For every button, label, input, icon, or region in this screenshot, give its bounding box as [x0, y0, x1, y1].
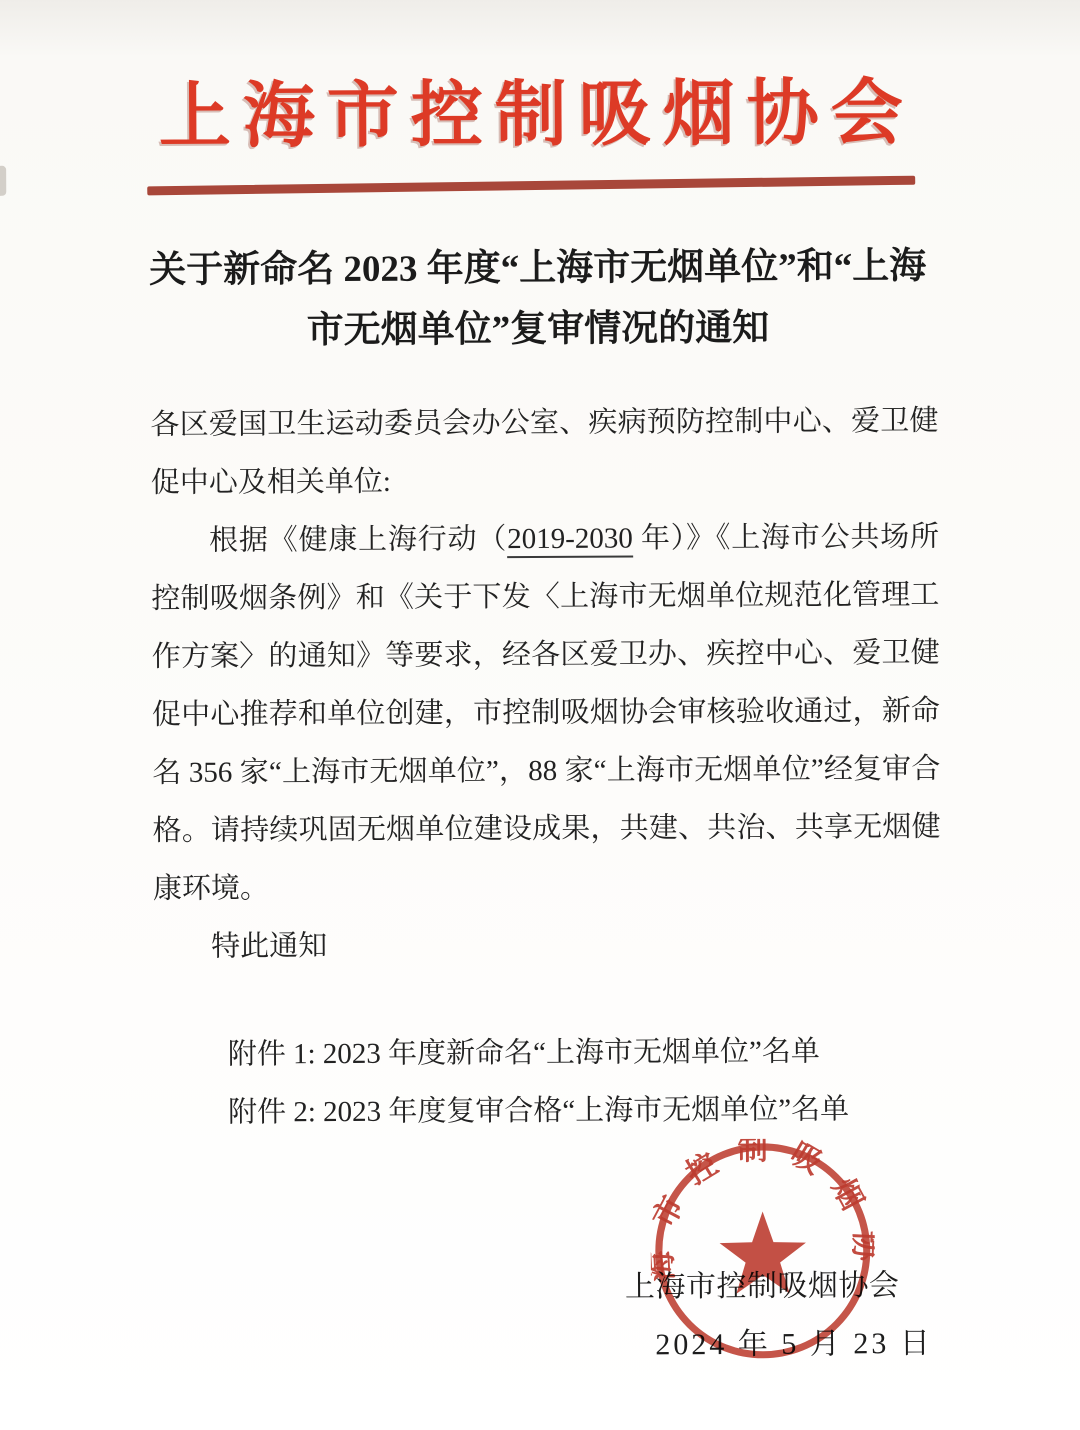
main-paragraph-after: 年）》《上海市公共场所控制吸烟条例》和《关于下发〈上海市无烟单位规范化管理工作方… — [151, 521, 940, 905]
document-content: 上海市控制吸烟协会 关于新命名 2023 年度“上海市无烟单位”和“上海 市无烟… — [0, 0, 1080, 1430]
org-letterhead: 上海市控制吸烟协会 — [0, 53, 1077, 163]
document-title: 关于新命名 2023 年度“上海市无烟单位”和“上海 市无烟单位”复审情况的通知 — [108, 236, 969, 363]
closing-note: 特此通知 — [153, 914, 941, 976]
salutation: 各区爱国卫生运动委员会办公室、疾病预防控制中心、爱卫健促中心及相关单位: — [150, 392, 939, 512]
star-icon — [719, 1211, 806, 1294]
document-title-line2: 市无烟单位”复审情况的通知 — [108, 297, 968, 363]
main-paragraph: 根据《健康上海行动（2019-2030 年）》《上海市公共场所控制吸烟条例》和《… — [151, 508, 941, 918]
attachments-list: 附件 1: 2023 年度新命名“上海市无烟单位”名单 附件 2: 2023 年… — [154, 1022, 943, 1142]
attachment-item-1: 附件 1: 2023 年度新命名“上海市无烟单位”名单 — [228, 1022, 942, 1084]
scanned-notice-page: 上海市控制吸烟协会 关于新命名 2023 年度“上海市无烟单位”和“上海 市无烟… — [0, 0, 1080, 1430]
official-seal: 上海市控制吸烟协会 — [650, 1138, 875, 1363]
scan-artifact — [0, 166, 6, 196]
document-body: 各区爱国卫生运动委员会办公室、疾病预防控制中心、爱卫健促中心及相关单位: 根据《… — [150, 392, 942, 1142]
document-title-line1: 关于新命名 2023 年度“上海市无烟单位”和“上海 — [108, 236, 968, 302]
letterhead-divider — [147, 176, 915, 196]
underlined-year-range: 2019-2030 — [507, 523, 633, 559]
attachment-item-2: 附件 2: 2023 年度复审合格“上海市无烟单位”名单 — [228, 1080, 942, 1142]
main-paragraph-before: 根据《健康上海行动（ — [209, 523, 507, 557]
